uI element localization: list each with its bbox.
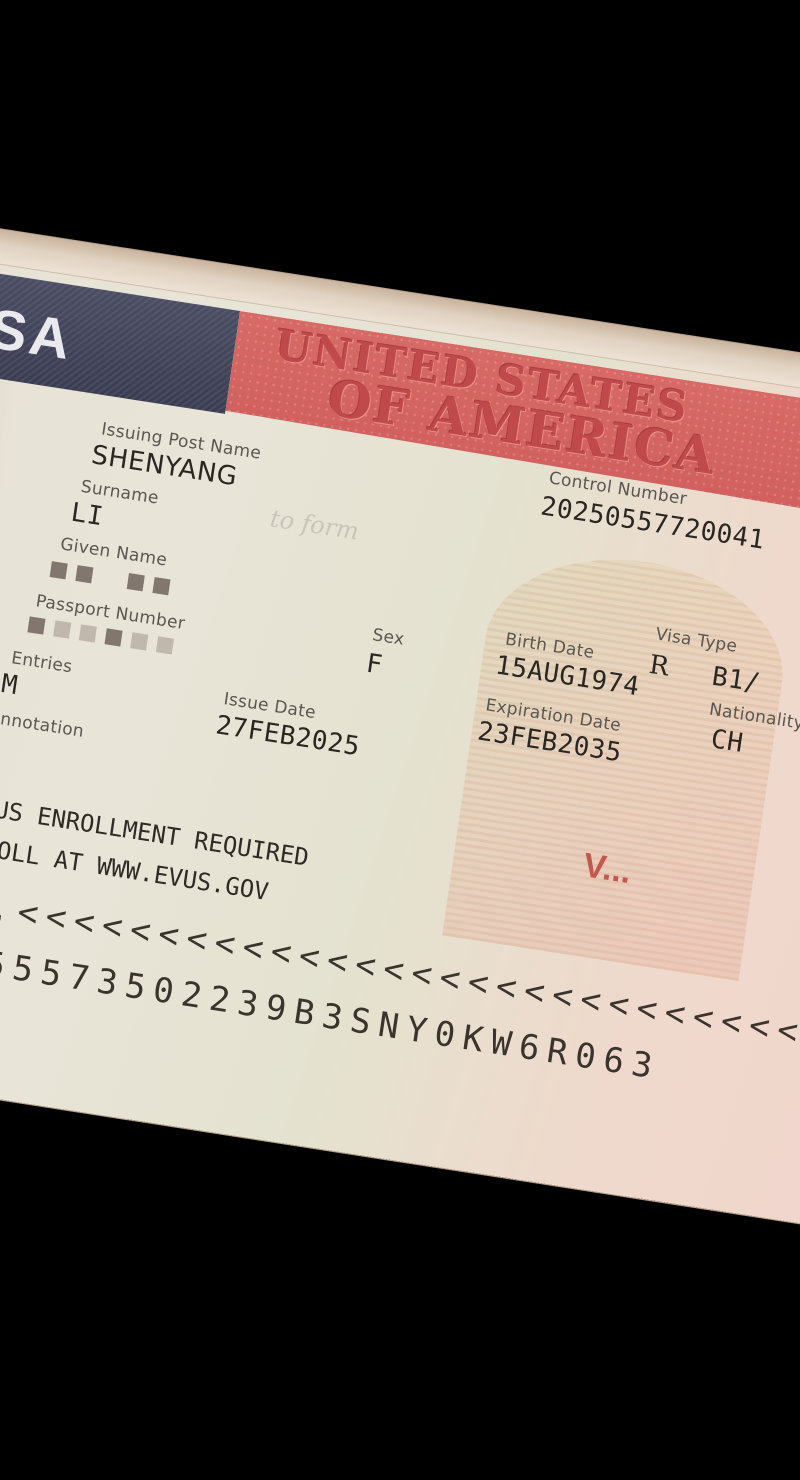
visa-class-value: R (647, 650, 671, 683)
surname-value: LI (69, 498, 105, 533)
visa-word: VISA (0, 286, 77, 372)
visa-page: VISA UNITED STATES OF AMERICA to form Is… (0, 220, 800, 1224)
sex-value: F (364, 649, 384, 681)
watermark-text: to form (268, 504, 360, 545)
sex-label: Sex (371, 625, 405, 650)
entries-value: M (0, 669, 20, 701)
photo-hair (0, 382, 4, 590)
holder-photo (0, 368, 17, 809)
visa-stamp: V... (581, 846, 634, 892)
annotation-label: Annotation (0, 707, 85, 742)
photo-stage: VISA UNITED STATES OF AMERICA to form Is… (0, 0, 800, 1480)
nationality-value: CH (709, 724, 745, 759)
